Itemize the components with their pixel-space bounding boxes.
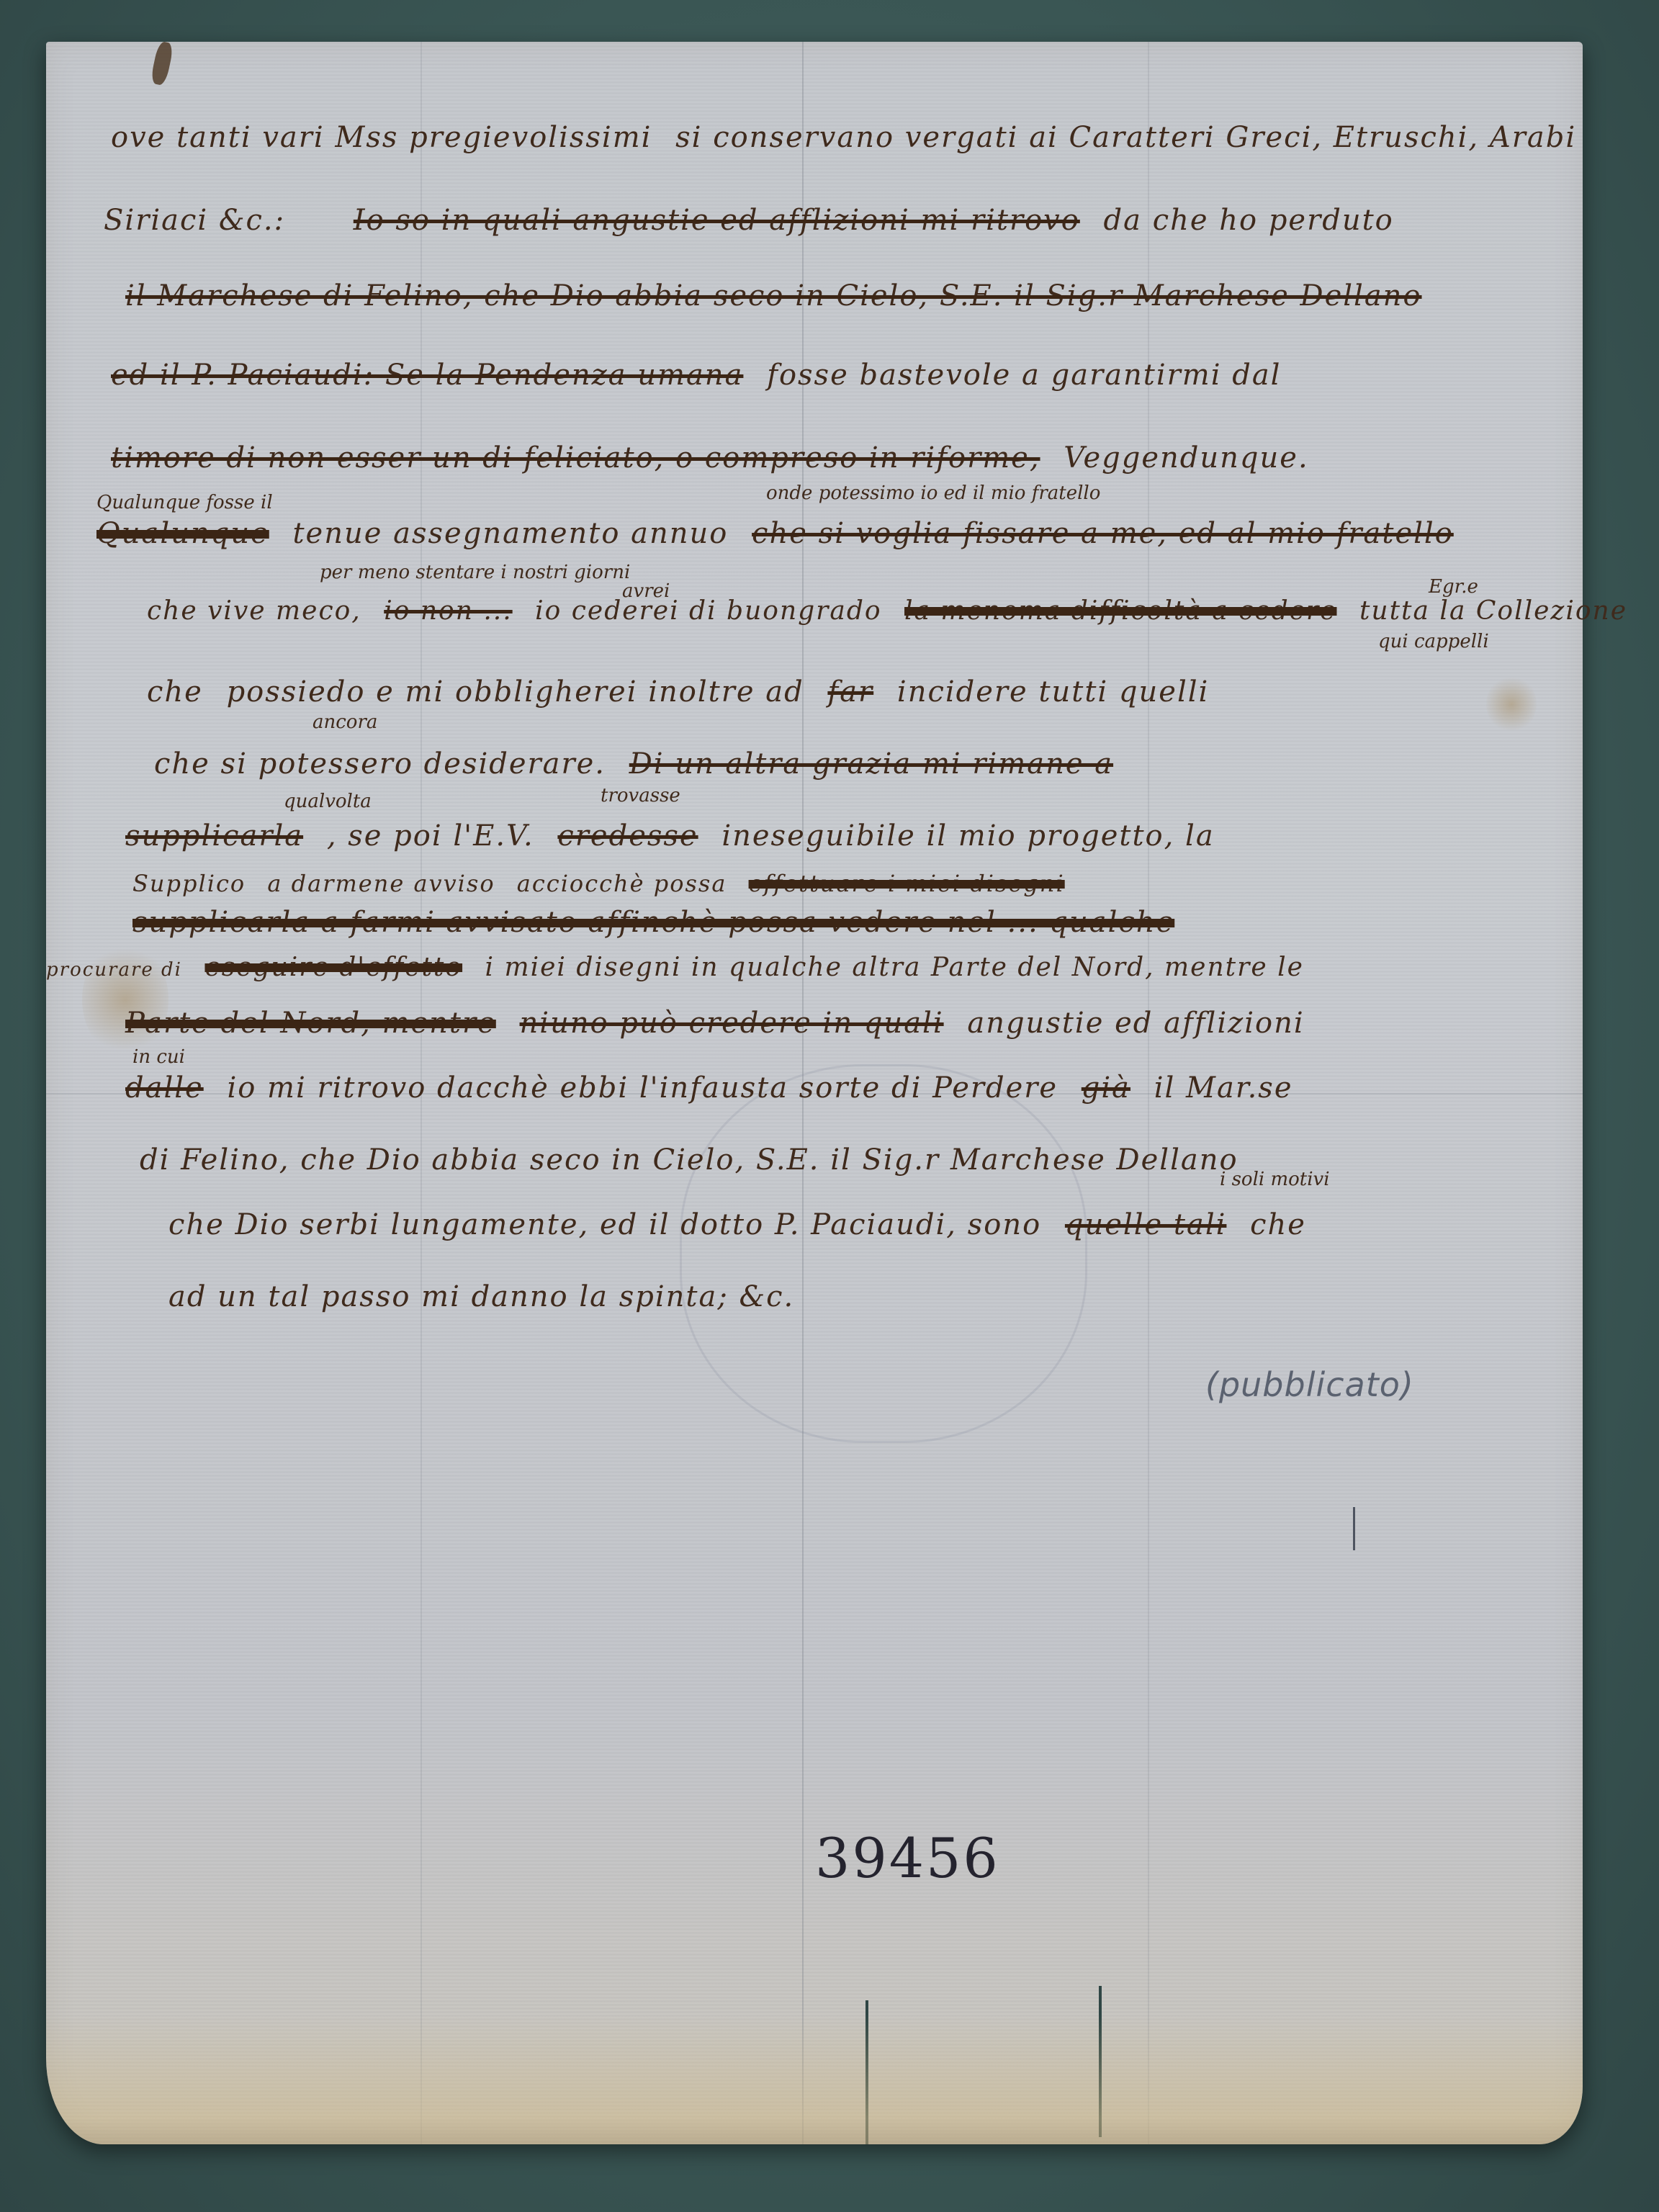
line-segment: fosse bastevole a garantirmi dal xyxy=(767,359,1281,392)
line-segment: Siriaci &c.: xyxy=(104,204,285,237)
line-segment: ineseguibile il mio progetto, la xyxy=(721,819,1214,853)
struck-segment: ed il P. Paciaudi: Se la Pendenza umana xyxy=(111,359,743,392)
struck-segment: timore di non esser un di feliciato, o c… xyxy=(111,441,1040,475)
manuscript-page: ove tanti vari Mss pregievolissimi si co… xyxy=(46,42,1583,2144)
struck-segment: credesse xyxy=(557,819,698,853)
struck-segment: Parte del Nord, mentre xyxy=(125,1007,496,1040)
line-segment: il Mar.se xyxy=(1154,1071,1293,1105)
line-segment: incidere tutti quelli xyxy=(897,675,1209,709)
manuscript-line: che vive meco, io non ... io cederei di … xyxy=(147,596,1640,626)
line-segment: acciocchè possa xyxy=(517,870,727,897)
line-segment: procurare di xyxy=(46,959,182,981)
line-segment: io mi ritrovo dacchè ebbi l'infausta sor… xyxy=(227,1071,1058,1105)
manuscript-line: che si potessero desiderare. Di un altra… xyxy=(154,747,1126,781)
paper-stain xyxy=(1486,675,1537,733)
struck-segment: far xyxy=(827,675,873,709)
manuscript-line: che Dio serbi lungamente, ed il dotto P.… xyxy=(168,1208,1319,1241)
line-segment: di Felino, che Dio abbia seco in Cielo, … xyxy=(140,1143,1238,1177)
line-segment: che Dio serbi lungamente, ed il dotto P.… xyxy=(168,1208,1041,1241)
line-segment: che xyxy=(1250,1208,1306,1241)
paper-watermark xyxy=(680,1064,1087,1443)
manuscript-line: supplicarla a farmi avvisato affinchè po… xyxy=(132,906,1187,939)
interlinear-insertion: qui cappelli xyxy=(1378,631,1489,652)
struck-segment: la menoma difficoltà a cedere xyxy=(904,596,1336,626)
line-segment: angustie ed afflizioni xyxy=(967,1007,1304,1040)
struck-segment: Di un altra grazia mi rimane a xyxy=(629,747,1113,781)
interlinear-insertion: ancora xyxy=(313,711,377,733)
line-segment: tenue assegnamento annuo xyxy=(292,517,728,550)
manuscript-line: ove tanti vari Mss pregievolissimi si co… xyxy=(111,121,1589,154)
manuscript-line: dalle io mi ritrovo dacchè ebbi l'infaus… xyxy=(125,1071,1306,1105)
interlinear-insertion: trovasse xyxy=(601,785,680,806)
line-segment: a darmene avviso xyxy=(267,870,495,897)
interlinear-insertion: onde potessimo io ed il mio fratello xyxy=(766,482,1100,504)
line-segment: possiedo e mi obbligherei inoltre ad xyxy=(227,675,804,709)
line-segment: che si potessero desiderare. xyxy=(154,747,606,781)
struck-segment: Qualunque xyxy=(96,517,269,550)
struck-segment: supplicarla xyxy=(125,819,303,853)
struck-segment: supplicarla a farmi avvisato affinchè po… xyxy=(132,906,1174,939)
struck-segment: quelle tali xyxy=(1065,1208,1227,1241)
manuscript-line: di Felino, che Dio abbia seco in Cielo, … xyxy=(140,1143,1251,1177)
line-segment: che vive meco, xyxy=(147,596,361,626)
manuscript-line: Parte del Nord, mentre niuno può credere… xyxy=(125,1007,1318,1040)
line-segment: ad un tal passo mi danno la spinta; &c. xyxy=(168,1280,794,1313)
manuscript-line: supplicarla , se poi l'E.V. credesse ine… xyxy=(125,819,1228,853)
line-segment: io cederei di buongrado xyxy=(535,596,881,626)
line-segment: che xyxy=(147,675,203,709)
struck-segment: già xyxy=(1082,1071,1130,1105)
paper-tear xyxy=(1099,1986,1102,2137)
line-segment: Supplico xyxy=(132,870,246,897)
interlinear-insertion: qualvolta xyxy=(284,791,372,812)
line-segment: si conservano vergati ai Caratteri Greci… xyxy=(675,121,1576,154)
manuscript-line: ad un tal passo mi danno la spinta; &c. xyxy=(168,1280,807,1313)
manuscript-line: Supplico a darmene avviso acciocchè poss… xyxy=(132,870,1078,897)
line-segment: tutta la Collezione xyxy=(1359,596,1627,626)
manuscript-line: ed il P. Paciaudi: Se la Pendenza umana … xyxy=(111,359,1294,392)
line-segment: ove tanti vari Mss pregievolissimi xyxy=(111,121,652,154)
struck-segment: eseguire d'effetto xyxy=(204,953,462,982)
line-segment: , se poi l'E.V. xyxy=(327,819,534,853)
struck-segment: dalle xyxy=(125,1071,204,1105)
line-segment: da che ho perduto xyxy=(1104,204,1394,237)
paper-tear xyxy=(866,2000,868,2144)
manuscript-line: Qualunque tenue assegnamento annuo che s… xyxy=(96,517,1467,550)
pencil-annotation: (pubblicato) xyxy=(1205,1365,1414,1404)
struck-segment: il Marchese di Felino, che Dio abbia sec… xyxy=(125,279,1422,313)
manuscript-line: il Marchese di Felino, che Dio abbia sec… xyxy=(125,279,1435,313)
interlinear-insertion: in cui xyxy=(132,1046,185,1068)
struck-segment: effettuare i miei disegni xyxy=(749,870,1065,897)
interlinear-insertion: per meno stentare i nostri giorni xyxy=(320,562,630,583)
manuscript-line: Siriaci &c.: Io so in quali angustie ed … xyxy=(104,204,1407,237)
struck-segment: che si voglia fissare a me, ed al mio fr… xyxy=(752,517,1454,550)
struck-segment: Io so in quali angustie ed afflizioni mi… xyxy=(354,204,1080,237)
archive-stamp-number: 39456 xyxy=(815,1826,1000,1890)
struck-segment: niuno può credere in quali xyxy=(520,1007,944,1040)
struck-segment: io non ... xyxy=(384,596,512,626)
manuscript-line: che possiedo e mi obbligherei inoltre ad… xyxy=(147,675,1222,709)
manuscript-line: procurare di eseguire d'effetto i miei d… xyxy=(46,953,1317,982)
line-segment: Veggendunque. xyxy=(1064,441,1308,475)
manuscript-line: timore di non esser un di feliciato, o c… xyxy=(111,441,1322,475)
ink-blot xyxy=(150,40,174,86)
interlinear-insertion: i soli motivi xyxy=(1220,1169,1330,1190)
interlinear-insertion: Egr.e xyxy=(1429,576,1478,598)
pencil-mark xyxy=(1353,1507,1355,1550)
interlinear-insertion: Qualunque fosse il xyxy=(96,492,273,513)
line-segment: i miei disegni in qualche altra Parte de… xyxy=(485,953,1304,982)
